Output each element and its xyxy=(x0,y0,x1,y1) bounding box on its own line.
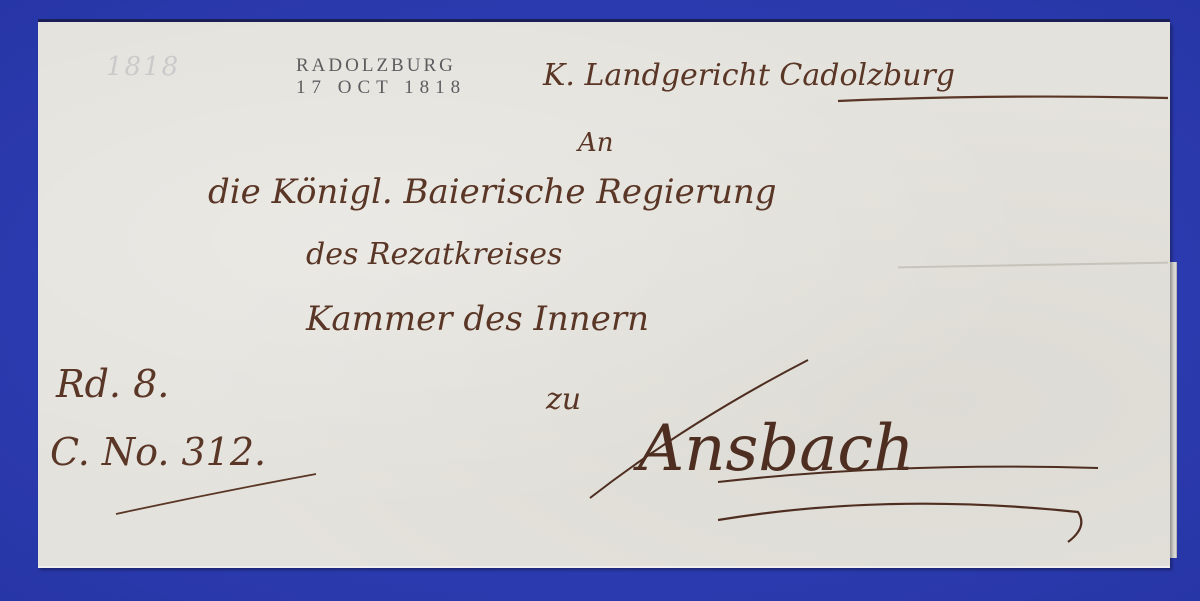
pen-flourishes xyxy=(38,22,1170,566)
letter-cover: 1818 RADOLZBURG 17 OCT 1818 K. Landgeric… xyxy=(38,22,1170,568)
